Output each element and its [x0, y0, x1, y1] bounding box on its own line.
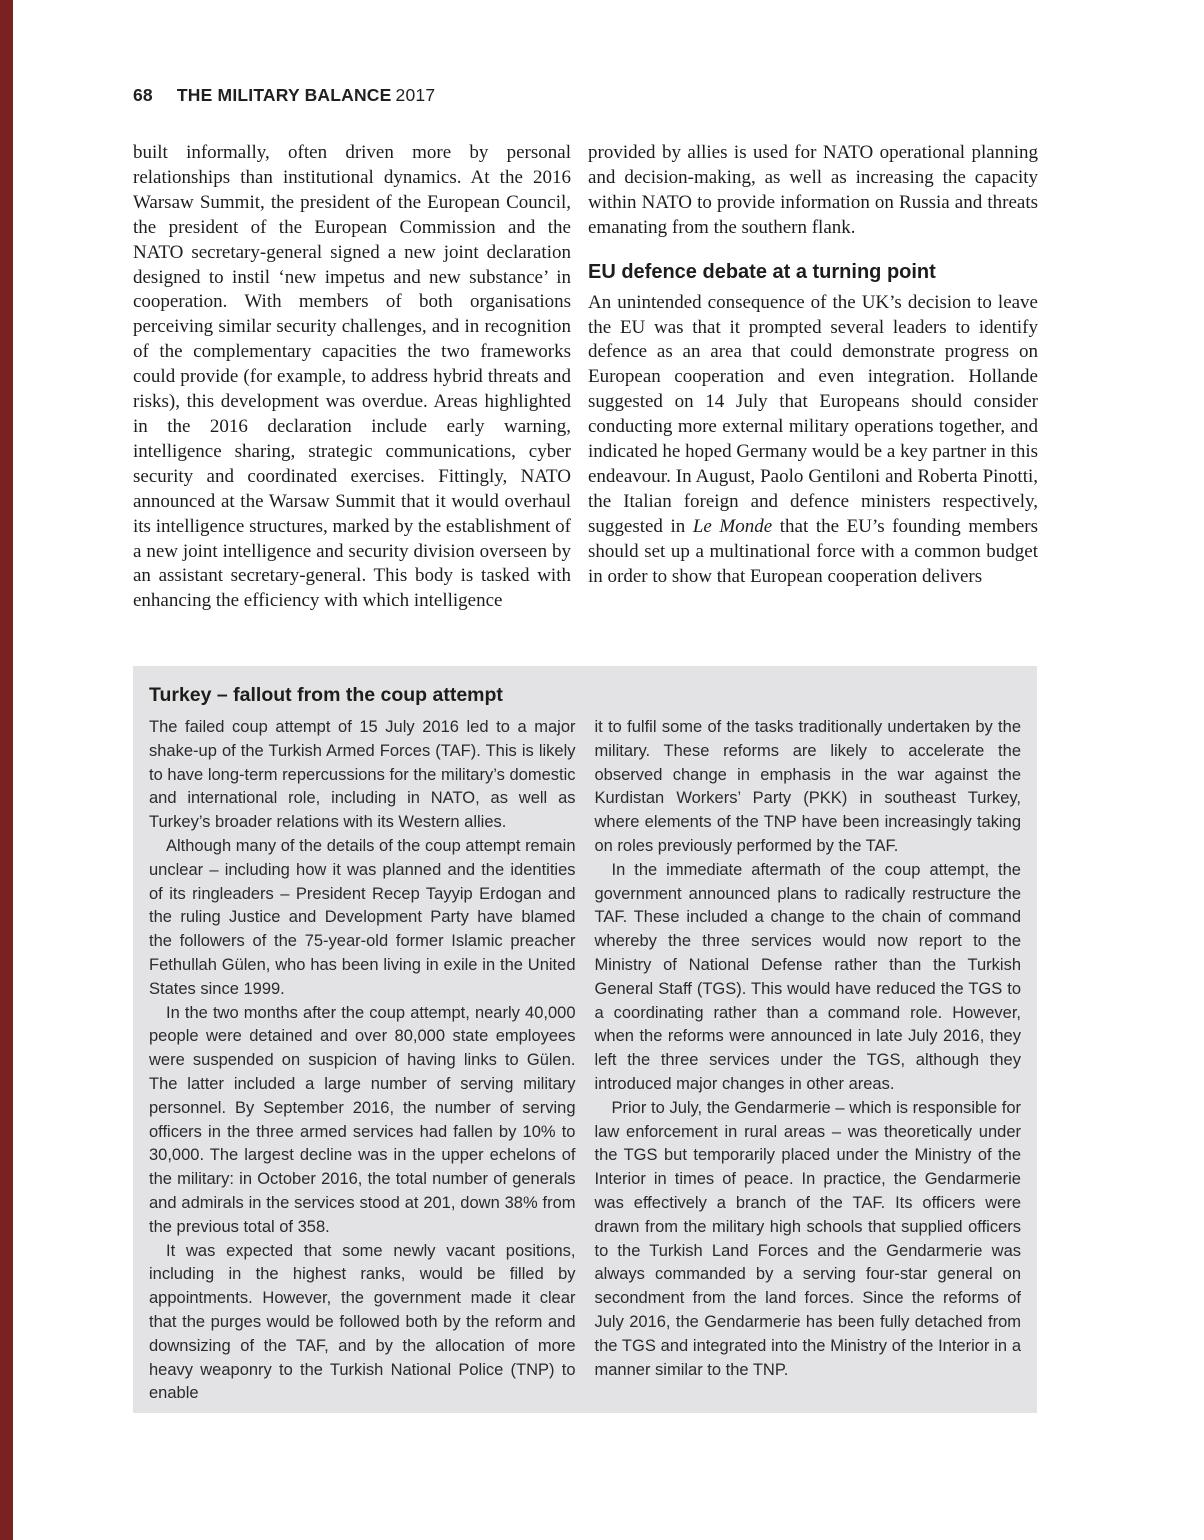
article-body: built informally, often driven more by p…: [133, 141, 1038, 614]
page-header: 68THE MILITARY BALANCE2017: [133, 85, 1038, 106]
article-left-column: built informally, often driven more by p…: [133, 141, 571, 614]
article-paragraph: An unintended consequence of the UK’s de…: [588, 291, 1038, 590]
infobox-paragraph: In the immediate aftermath of the coup a…: [595, 859, 1022, 1097]
infobox-left-column: The failed coup attempt of 15 July 2016 …: [149, 716, 576, 1406]
chapter-edge-tab: [0, 0, 13, 1540]
italic-publication-name: Le Monde: [693, 516, 772, 537]
article-paragraph: built informally, often driven more by p…: [133, 141, 571, 614]
infobox-paragraph: It was expected that some newly vacant p…: [149, 1240, 576, 1407]
infobox-paragraph: it to fulfil some of the tasks tradition…: [595, 716, 1022, 859]
infobox-paragraph: Prior to July, the Gendarmerie – which i…: [595, 1097, 1022, 1383]
infobox-right-column: it to fulfil some of the tasks tradition…: [595, 716, 1022, 1406]
paragraph-text: An unintended consequence of the UK’s de…: [588, 292, 1038, 537]
infobox-paragraph: The failed coup attempt of 15 July 2016 …: [149, 716, 576, 835]
book-year: 2017: [396, 85, 436, 105]
article-paragraph: provided by allies is used for NATO oper…: [588, 141, 1038, 241]
article-right-column: provided by allies is used for NATO oper…: [588, 141, 1038, 614]
infobox-columns: The failed coup attempt of 15 July 2016 …: [149, 716, 1021, 1406]
infobox-paragraph: Although many of the details of the coup…: [149, 835, 576, 1002]
book-title: THE MILITARY BALANCE: [177, 85, 392, 105]
section-heading: EU defence debate at a turning point: [588, 260, 1038, 284]
book-page: 68THE MILITARY BALANCE2017 built informa…: [0, 0, 1204, 1540]
infobox-title: Turkey – fallout from the coup attempt: [149, 683, 1021, 707]
page-number: 68: [133, 85, 153, 105]
infobox-turkey-coup: Turkey – fallout from the coup attempt T…: [133, 666, 1037, 1413]
infobox-paragraph: In the two months after the coup attempt…: [149, 1002, 576, 1240]
